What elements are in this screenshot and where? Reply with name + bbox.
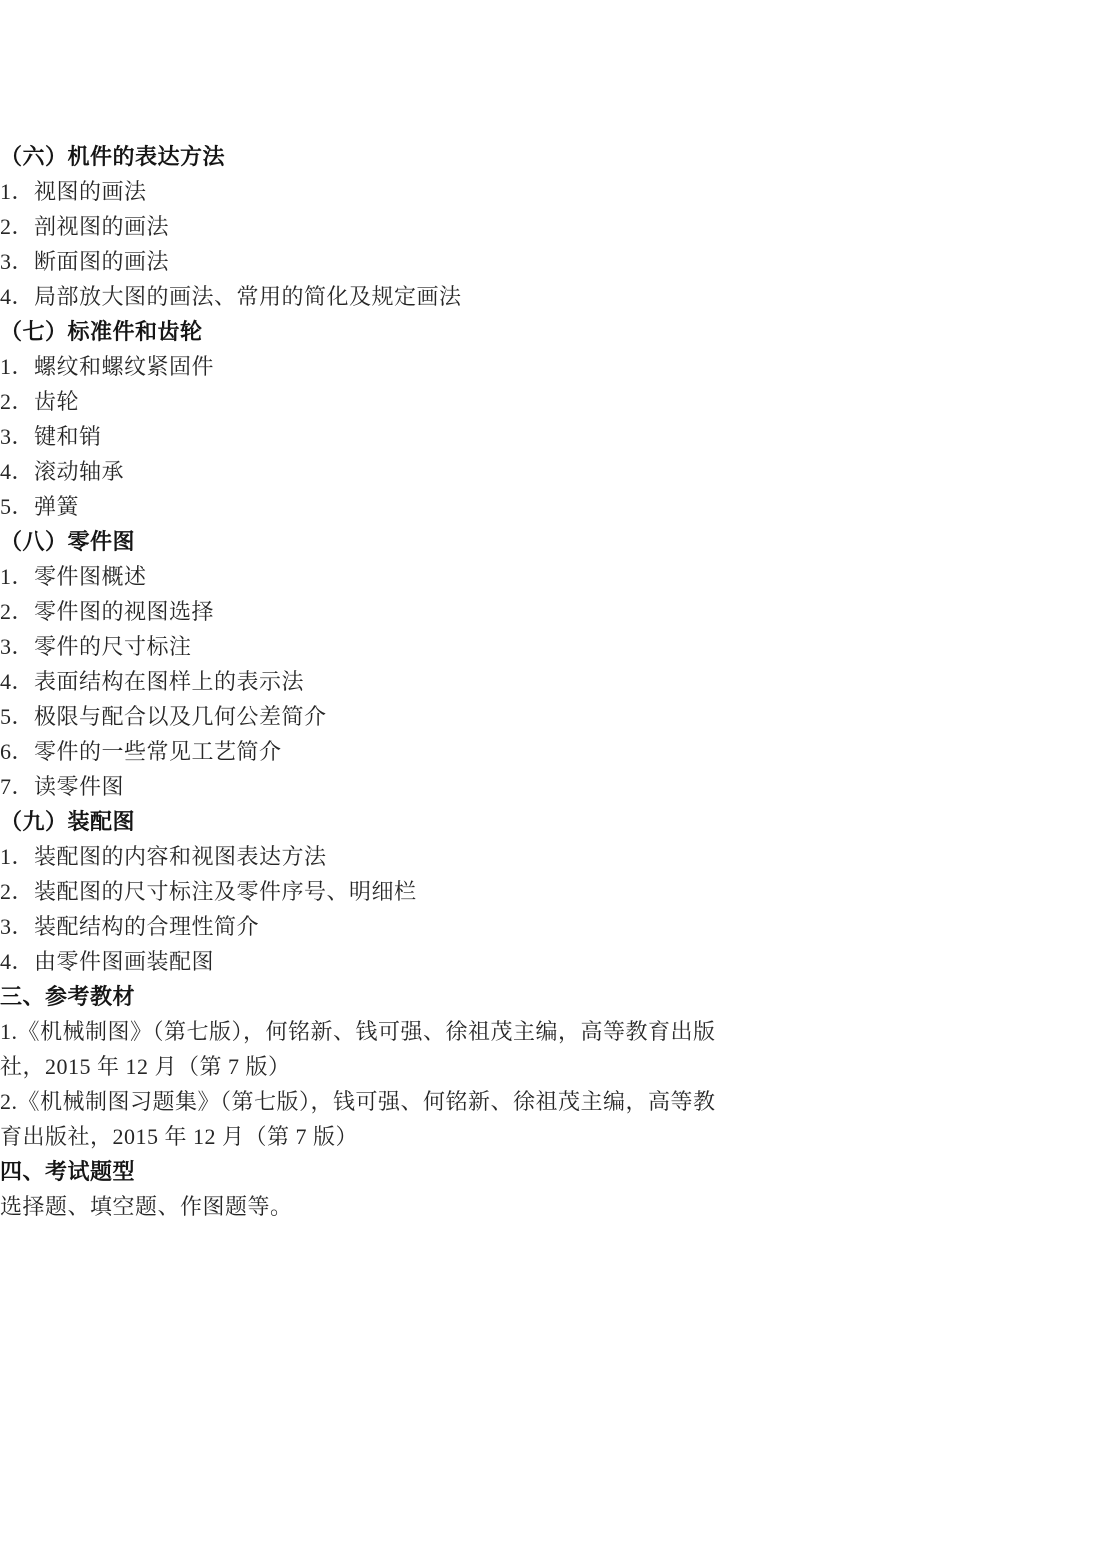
list-item: 4．表面结构在图样上的表示法 [0, 669, 1102, 694]
section-heading: （六）机件的表达方法 [0, 144, 1102, 169]
section-heading: （九）装配图 [0, 809, 1102, 834]
list-item: 4．由零件图画装配图 [0, 949, 1102, 974]
list-item: 1．装配图的内容和视图表达方法 [0, 844, 1102, 869]
list-item: 1．零件图概述 [0, 564, 1102, 589]
reference-line: 社，2015 年 12 月（第 7 版） [0, 1054, 1102, 1079]
section-9-assembly-drawings: （九）装配图 1．装配图的内容和视图表达方法 2．装配图的尺寸标注及零件序号、明… [0, 809, 1102, 974]
list-item: 2．齿轮 [0, 389, 1102, 414]
list-item: 3．装配结构的合理性简介 [0, 914, 1102, 939]
chapter-heading: 三、参考教材 [0, 984, 1102, 1009]
reference-line: 育出版社，2015 年 12 月（第 7 版） [0, 1124, 1102, 1149]
list-item: 5．弹簧 [0, 494, 1102, 519]
chapter-4-exam-question-types: 四、考试题型 选择题、填空题、作图题等。 [0, 1159, 1102, 1219]
list-item: 4．局部放大图的画法、常用的简化及规定画法 [0, 284, 1102, 309]
list-item: 6．零件的一些常见工艺简介 [0, 739, 1102, 764]
list-item: 2．剖视图的画法 [0, 214, 1102, 239]
list-item: 1．螺纹和螺纹紧固件 [0, 354, 1102, 379]
section-6-representation-methods: （六）机件的表达方法 1．视图的画法 2．剖视图的画法 3．断面图的画法 4．局… [0, 144, 1102, 309]
list-item: 2．零件图的视图选择 [0, 599, 1102, 624]
exam-types-text: 选择题、填空题、作图题等。 [0, 1194, 1102, 1219]
section-heading: （七）标准件和齿轮 [0, 319, 1102, 344]
chapter-heading: 四、考试题型 [0, 1159, 1102, 1184]
document-page: （六）机件的表达方法 1．视图的画法 2．剖视图的画法 3．断面图的画法 4．局… [0, 0, 1102, 1559]
reference-line: 1.《机械制图》（第七版），何铭新、钱可强、徐祖茂主编，高等教育出版 [0, 1019, 1102, 1044]
list-item: 4．滚动轴承 [0, 459, 1102, 484]
list-item: 3．键和销 [0, 424, 1102, 449]
list-item: 3．零件的尺寸标注 [0, 634, 1102, 659]
list-item: 1．视图的画法 [0, 179, 1102, 204]
chapter-3-reference-textbooks: 三、参考教材 1.《机械制图》（第七版），何铭新、钱可强、徐祖茂主编，高等教育出… [0, 984, 1102, 1149]
reference-line: 2.《机械制图习题集》（第七版），钱可强、何铭新、徐祖茂主编，高等教 [0, 1089, 1102, 1114]
list-item: 2．装配图的尺寸标注及零件序号、明细栏 [0, 879, 1102, 904]
list-item: 3．断面图的画法 [0, 249, 1102, 274]
section-8-part-drawings: （八）零件图 1．零件图概述 2．零件图的视图选择 3．零件的尺寸标注 4．表面… [0, 529, 1102, 799]
section-heading: （八）零件图 [0, 529, 1102, 554]
list-item: 7．读零件图 [0, 774, 1102, 799]
list-item: 5．极限与配合以及几何公差简介 [0, 704, 1102, 729]
section-7-standard-parts-gears: （七）标准件和齿轮 1．螺纹和螺纹紧固件 2．齿轮 3．键和销 4．滚动轴承 5… [0, 319, 1102, 519]
